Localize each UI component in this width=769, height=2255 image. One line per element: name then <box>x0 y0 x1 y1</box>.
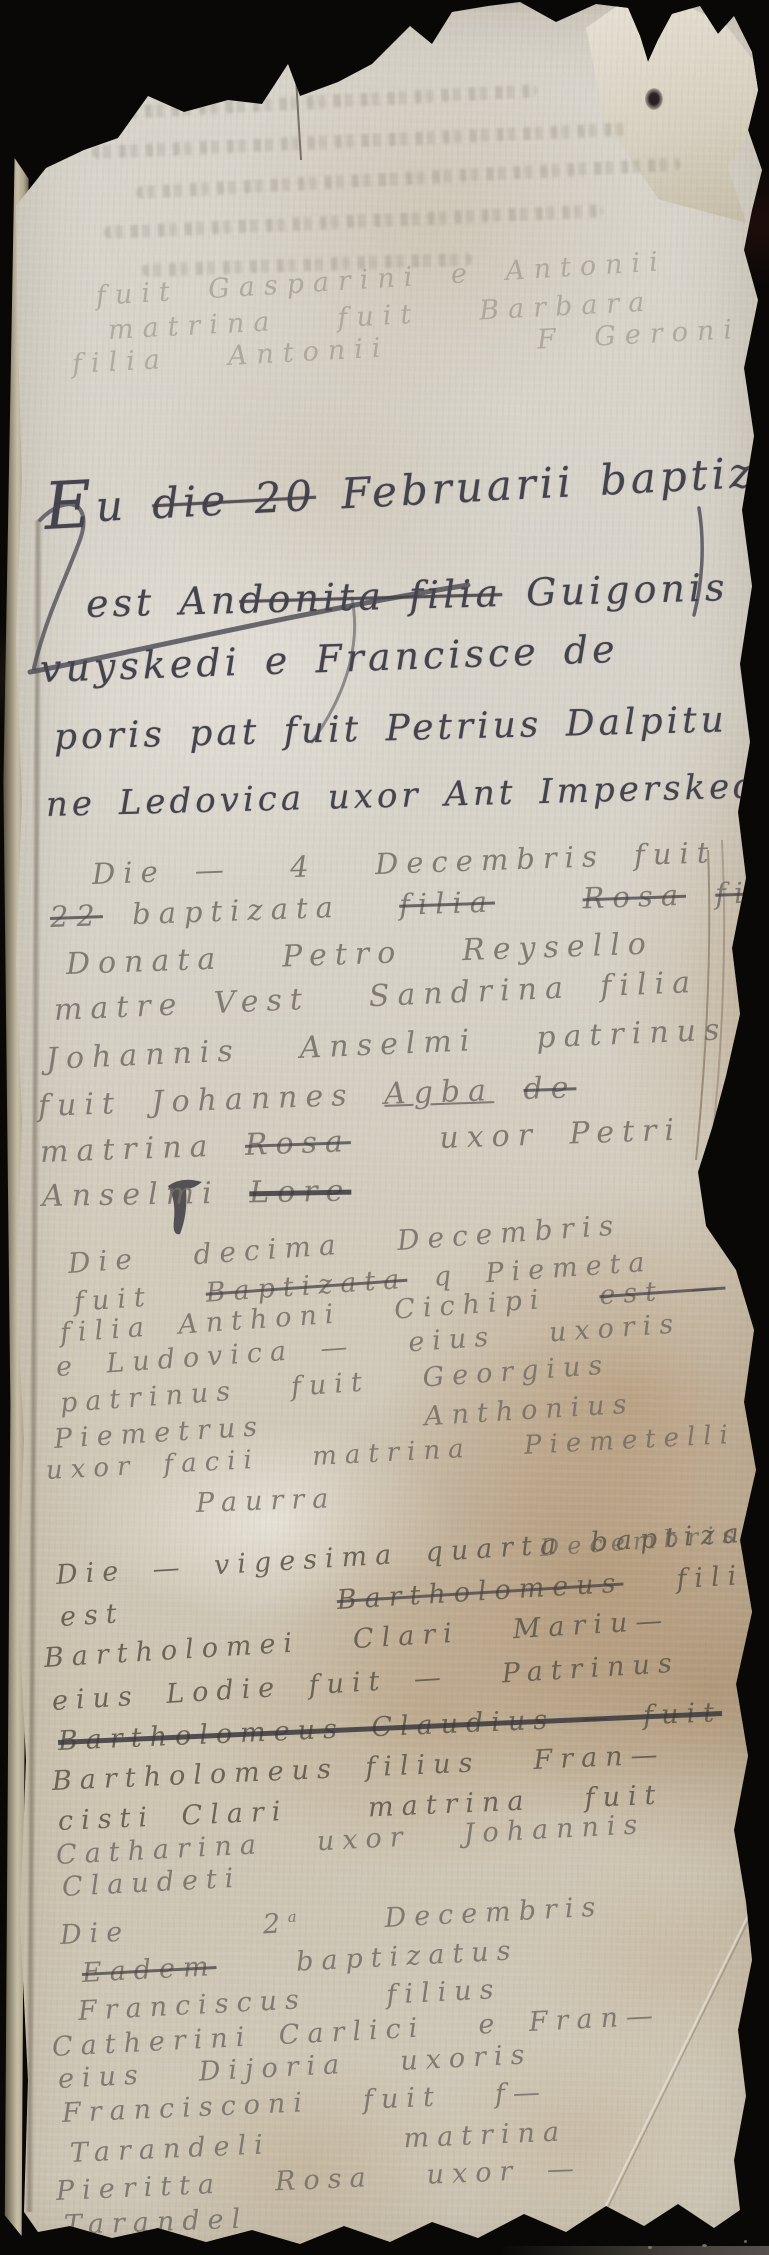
word-span: est An <box>85 578 239 626</box>
manuscript-line: Die 2a Decembris <box>59 1894 604 1949</box>
struck-word: 22 <box>49 898 103 934</box>
word-span: vuyskedi e Francisce de <box>39 627 619 691</box>
manuscript-line: Claudeti <box>61 1865 242 1901</box>
word-span: Decembris <box>304 1892 604 1939</box>
illegible-faded-line <box>136 157 681 199</box>
struck-word: die 20 <box>151 471 317 529</box>
word-span: Tarandel <box>63 2204 248 2241</box>
struck-word: Rosa <box>244 1124 351 1163</box>
text-layer: fuit Gasparini e Antoniimatrina fuit Bar… <box>0 0 769 2255</box>
word-span: Die 2 <box>59 1908 289 1951</box>
manuscript-line: Tarandel <box>64 2206 249 2239</box>
manuscript-line: Eu die 20 Februarii baptizat <box>42 430 769 535</box>
photograph-black-background: fuit Gasparini e Antoniimatrina fuit Bar… <box>0 0 769 2255</box>
struck-word: donita filia <box>239 571 503 622</box>
struck-word: filia <box>399 884 496 921</box>
word-span: filius <box>622 1557 769 1598</box>
manuscript-line: poris pat fuit Petrius Dalpitu <box>54 702 729 756</box>
dust-speck <box>744 2240 747 2243</box>
word-span: a <box>287 1907 305 1926</box>
manuscript-line: Anselmi Lore <box>42 1177 352 1212</box>
word-span <box>685 877 715 912</box>
word-span: est <box>59 1585 338 1633</box>
manuscript-line: vuyskedi e Francisce de <box>39 630 619 688</box>
word-span: u <box>95 479 154 531</box>
word-span: poris pat fuit Petrius Dalpitu <box>53 699 728 758</box>
struck-word: Eadem <box>81 1951 217 1989</box>
flourished-initial: E <box>43 472 98 540</box>
struck-word: fili <box>715 874 769 910</box>
word-span <box>494 881 583 918</box>
word-span: ne Ledovica uxor Ant Imperskedi <box>45 766 769 825</box>
manuscript-line: Johannis Anselmi patrinus <box>45 1015 728 1075</box>
manuscript-paper: fuit Gasparini e Antoniimatrina fuit Bar… <box>0 0 769 2255</box>
word-span: Guigonis <box>502 565 729 615</box>
manuscript-line: ne Ledovica uxor Ant Imperskedi <box>46 769 769 822</box>
illegible-faded-line <box>104 204 604 239</box>
illegible-faded-line <box>118 84 538 119</box>
word-span <box>493 1072 524 1108</box>
struck-word: Rosa <box>582 878 687 916</box>
word-span: Paurra <box>195 1483 336 1519</box>
manuscript-line: fuit Johannes Agba de <box>37 1073 576 1122</box>
word-span: baptizata <box>102 888 400 932</box>
background-streak <box>499 2246 769 2255</box>
struck-word: Lore <box>249 1174 352 1211</box>
struck-word: Bartholomeus <box>336 1568 624 1616</box>
manuscript-line: Paurra <box>196 1485 337 1517</box>
word-span: Anselmi <box>42 1175 250 1214</box>
struck-word: de <box>523 1070 577 1107</box>
word-span: fuit Johannes <box>37 1077 384 1124</box>
illegible-faded-line <box>92 122 632 159</box>
word-span: uxor Petri <box>350 1113 682 1160</box>
manuscript-line: est Andonita filia Guigonis <box>86 568 729 623</box>
word-span: Februarii baptizat <box>315 445 769 520</box>
manuscript-line: matrina Rosa uxor Petri <box>39 1116 682 1168</box>
word-span: matrina <box>39 1128 245 1170</box>
word-span: Agba <box>383 1073 494 1112</box>
